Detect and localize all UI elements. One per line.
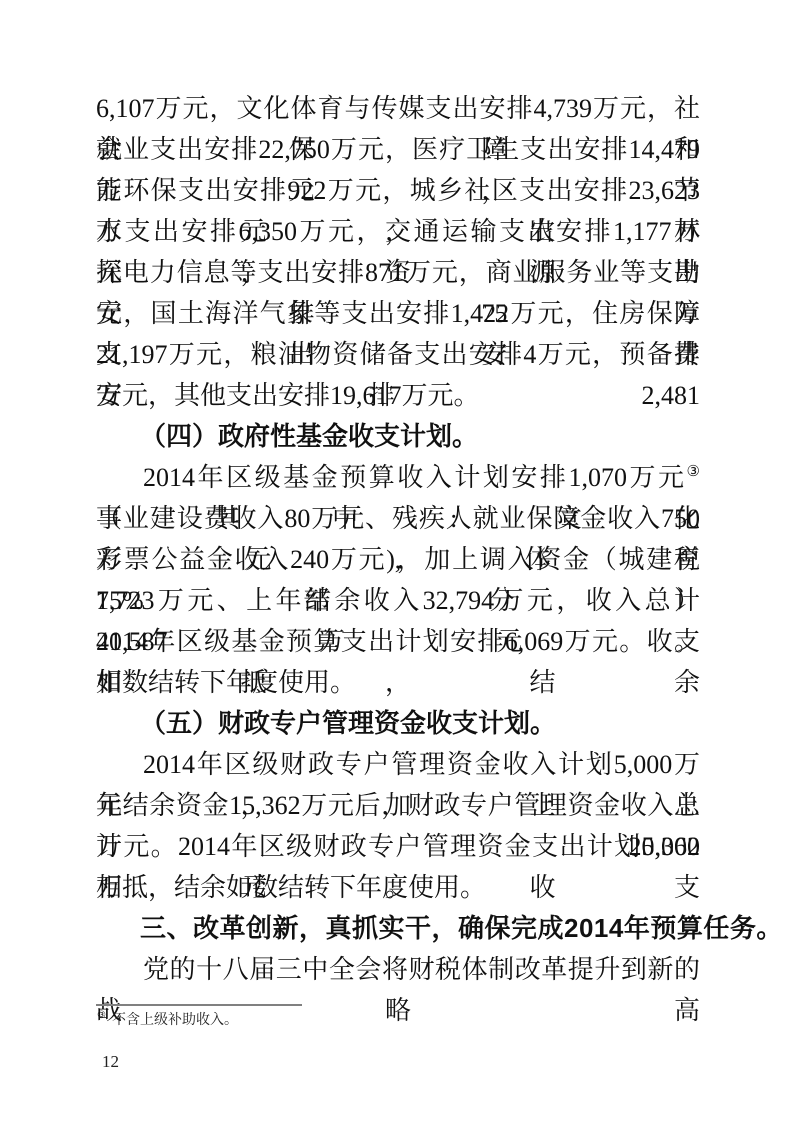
body-line: 7,723万元、上年结余收入32,794万元，收入总计41,587万元。 bbox=[96, 580, 700, 621]
footnote-ref: ③ bbox=[687, 464, 700, 480]
section-heading-4: （四）政府性基金收支计划。 bbox=[96, 416, 700, 457]
footnote-marker: ③ bbox=[97, 1010, 106, 1021]
body-line: 就业支出安排22,750万元，医疗卫生支出安排14,479万元，节 bbox=[96, 129, 700, 170]
document-page: 6,107万元，文化体育与传媒支出安排4,739万元，社会保障和 就业支出安排2… bbox=[0, 0, 794, 1123]
body-line: 元，国土海洋气象等支出安排1,422万元，住房保障支出安排 bbox=[96, 293, 700, 334]
body-line: 党的十八届三中全会将财税体制改革提升到新的战略高 bbox=[96, 949, 700, 990]
body-line: 水支出安排6,350万元，交通运输支出安排1,177万元，资源勘 bbox=[96, 211, 700, 252]
section-heading-5: （五）财政专户管理资金收支计划。 bbox=[96, 703, 700, 744]
body-line: 2014年区级基金预算支出计划安排6,069万元。收支相抵，结余 bbox=[96, 621, 700, 662]
footnote-divider bbox=[96, 1004, 302, 1006]
body-line: 万元。2014年区级财政专户管理资金支出计划5,000万元。收支 bbox=[96, 826, 700, 867]
chapter-heading-3: 三、改革创新，真抓实干，确保完成2014年预算任务。 bbox=[96, 908, 700, 949]
document-body: 6,107万元，文化体育与传媒支出安排4,739万元，社会保障和 就业支出安排2… bbox=[96, 88, 700, 990]
body-line: 2014年区级财政专户管理资金收入计划5,000万元，加上上 bbox=[96, 744, 700, 785]
body-line: 事业建设费收入80万元、残疾人就业保障金收入750万元,体育 bbox=[96, 498, 700, 539]
body-line: 21,197万元，粮油物资储备支出安排4万元，预备费安排2,481 bbox=[96, 334, 700, 375]
body-line: 年结余资金15,362万元后，财政专户管理资金收入总计20,362 bbox=[96, 785, 700, 826]
body-line: 能环保支出安排922万元，城乡社区支出安排23,623万元，农林 bbox=[96, 170, 700, 211]
body-line: 6,107万元，文化体育与传媒支出安排4,739万元，社会保障和 bbox=[96, 88, 700, 129]
footnote: ③不含上级补助收入。 bbox=[97, 1010, 238, 1032]
body-line: 2014年区级基金预算收入计划安排1,070万元③（其中: 文化 bbox=[96, 457, 700, 498]
body-line: 彩票公益金收入240万元)，加上调入资金（城建税15%部分） bbox=[96, 539, 700, 580]
body-line: 探电力信息等支出安排871万元，商业服务业等支出安排75万 bbox=[96, 252, 700, 293]
page-number: 12 bbox=[102, 1052, 119, 1072]
footnote-text: 不含上级补助收入。 bbox=[112, 1013, 238, 1028]
line-text: 2014年区级基金预算收入计划安排1,070万元 bbox=[143, 463, 687, 492]
